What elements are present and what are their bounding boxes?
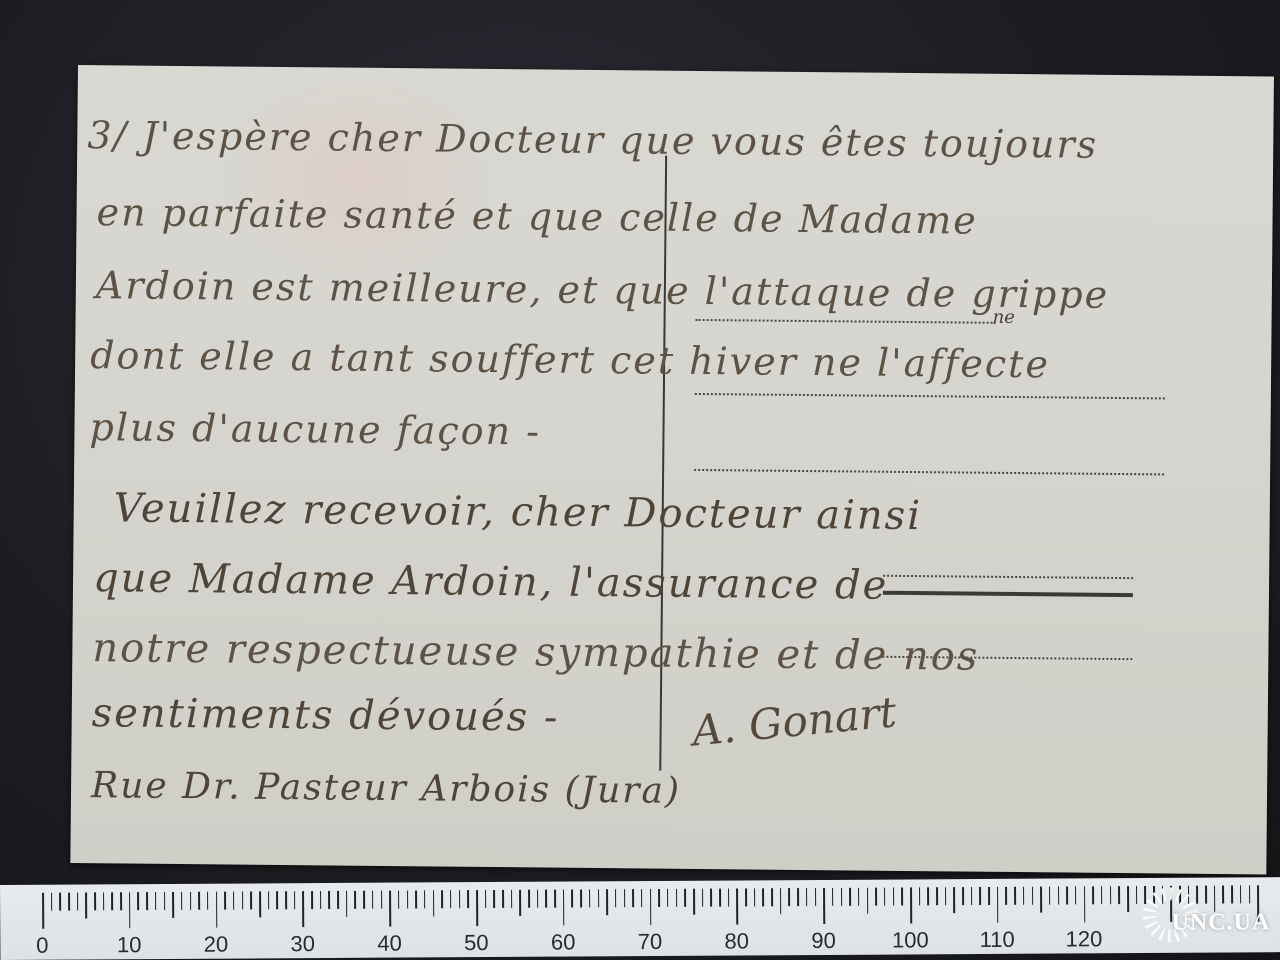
ruler-tick [554,890,556,908]
address-handwritten: Rue Dr. Pasteur Arbois (Jura) [91,765,681,812]
ruler-tick [346,891,348,917]
ruler-tick [762,888,764,906]
ruler-tick [285,891,287,909]
ruler-tick [545,890,547,908]
ruler-tick [381,891,383,909]
ruler-label: 70 [638,929,663,955]
ruler-tick [85,892,87,918]
ruler-tick [1240,885,1242,903]
address-line-1 [696,319,996,324]
ruler-tick [1075,886,1077,904]
ruler-tick [1136,886,1138,904]
ruler-tick [407,891,409,909]
ruler-tick [979,887,981,905]
paper-stain [216,66,498,289]
ruler-label: 90 [811,928,836,954]
ruler-tick [780,888,782,914]
letter-line-3: Ardoin est meilleure, et que l'attaque d… [96,263,1110,317]
watermark: UNC.UA [1172,909,1271,937]
ruler-tick [103,892,105,910]
ruler-tick [806,888,808,906]
ruler-label: 80 [724,928,749,954]
ruler-tick [198,892,200,910]
ruler-tick [337,891,339,909]
ruler-tick [719,889,721,907]
ruler-tick [658,889,660,907]
ruler-tick [294,891,296,909]
ruler-tick [441,890,443,908]
letter-line-5: plus d'aucune façon - [89,405,541,453]
ruler-tick [164,892,166,910]
ruler-tick [1049,887,1051,905]
address-line-4 [883,575,1133,579]
ruler-tick [372,891,374,909]
ruler-tick [676,889,678,907]
letter-line-2: en parfaite santé et que celle de Madame [96,190,978,242]
ruler-tick [328,891,330,909]
ruler-tick [355,891,357,909]
address-line-2 [695,393,1165,400]
ruler-tick [398,891,400,909]
ruler-tick [953,887,955,913]
ruler-tick [823,888,825,924]
ruler-tick [936,887,938,905]
ruler-tick [728,889,730,907]
ruler-tick [1032,887,1034,905]
ruler-tick [476,890,478,926]
ruler-tick [94,892,96,910]
ruler-tick [797,888,799,906]
ruler-tick [276,891,278,909]
ruler-tick [789,888,791,906]
ruler-tick [832,888,834,906]
ruler-tick [1196,886,1198,904]
ruler-tick [684,889,686,907]
measuring-ruler: 0102030405060708090100110120 UNC.UA [0,877,1280,960]
ruler-tick [606,889,608,915]
ruler-tick [1023,887,1025,905]
ruler-tick [893,888,895,906]
ruler-tick [207,892,209,910]
ruler-tick [59,893,61,911]
ruler-label: 10 [117,932,142,958]
ruler-tick [1058,887,1060,905]
ruler-tick [702,889,704,907]
ruler-tick [111,892,113,910]
ruler-tick [919,887,921,905]
ruler-tick [736,888,738,924]
ruler-tick [910,887,912,923]
ruler-tick [138,892,140,910]
letter-line-9: sentiments dévoués - [92,690,560,740]
ruler-tick [754,888,756,906]
ruler-tick [511,890,513,908]
ruler-tick [42,893,44,929]
ruler-tick [1249,885,1251,903]
ruler-tick [624,889,626,907]
address-divider-line [659,156,667,771]
ruler-tick [1222,886,1224,904]
ruler-tick [389,891,391,927]
ruler-tick [1040,887,1042,913]
letter-line-8: notre respectueuse sympathie et de nos [92,625,979,680]
ruler-tick [1110,886,1112,904]
ruler-tick [190,892,192,910]
ruler-tick [650,889,652,925]
ruler-tick [589,889,591,907]
ruler-tick [988,887,990,905]
ruler-label: 110 [980,927,1015,953]
ruler-tick [841,888,843,906]
ruler-label: 50 [464,930,489,956]
ruler-tick [598,889,600,907]
ruler-tick [259,891,261,917]
ruler-tick [927,887,929,905]
ruler-tick [997,887,999,923]
ruler-tick [268,891,270,909]
ruler-tick [242,892,244,910]
ruler-tick [250,891,252,909]
ruler-tick [1118,886,1120,904]
ruler-tick [1014,887,1016,905]
ruler-tick [363,891,365,909]
ruler-tick [1101,886,1103,904]
letter-line-1: 3/ J'espère cher Docteur que vous êtes t… [87,113,1098,167]
ruler-tick [233,892,235,910]
ruler-tick [615,889,617,907]
ruler-tick [1231,885,1233,903]
signature: A. Gonart [690,687,899,755]
ruler-tick [710,889,712,907]
ruler-tick [962,887,964,905]
ruler-tick [849,888,851,906]
ruler-tick [901,887,903,905]
ruler-tick [580,889,582,907]
ruler-tick [302,891,304,927]
ruler-tick [563,890,565,926]
ruler-tick [867,888,869,914]
ruler-tick [771,888,773,906]
ruler-tick [172,892,174,918]
ruler-tick [146,892,148,910]
ruler-tick [1214,886,1216,912]
ruler-label: 120 [1066,926,1103,952]
ruler-tick [485,890,487,908]
letter-line-7: que Madame Ardoin, l'assurance de [93,555,889,609]
ruler-tick [641,889,643,907]
ruler-tick [667,889,669,907]
ruler-tick [1205,886,1207,904]
ruler-tick [572,889,574,907]
ruler-tick [815,888,817,906]
ruler-tick [459,890,461,908]
ruler-tick [424,890,426,908]
ruler-tick [1127,886,1129,912]
ruler-tick [1066,886,1068,904]
ruler-tick [1005,887,1007,905]
ruler-tick [1092,886,1094,904]
ruler-tick [528,890,530,908]
ruler-label: 30 [290,931,315,957]
ruler-tick [77,893,79,911]
letter-line-4: dont elle a tant souffert cet hiver ne l… [90,333,1050,386]
ruler-tick [537,890,539,908]
ruler-tick [320,891,322,909]
ruler-tick [450,890,452,908]
ruler-tick [433,890,435,916]
ruler-tick [155,892,157,910]
ruler-tick [120,892,122,910]
address-line-3 [694,469,1164,476]
ruler-label: 0 [36,933,48,959]
ruler-tick [224,892,226,910]
ruler-tick [129,892,131,928]
ruler-tick [502,890,504,908]
ruler-tick [884,888,886,906]
ruler-tick [415,890,417,908]
ruler-tick [51,893,53,911]
inserted-correction: ne [993,307,1015,328]
ruler-tick [745,888,747,906]
ruler-tick [519,890,521,916]
ruler-tick [467,890,469,908]
ruler-tick [311,891,313,909]
postcard: 3/ J'espère cher Docteur que vous êtes t… [70,65,1274,874]
ruler-tick [875,888,877,906]
ruler-tick [181,892,183,910]
ruler-tick [1084,886,1086,922]
ruler-tick [945,887,947,905]
ruler-label: 100 [892,927,929,953]
ruler-tick [68,893,70,911]
ruler-tick [971,887,973,905]
ruler-tick [493,890,495,908]
ruler-ticks: 0102030405060708090100110120 [0,877,1280,885]
ruler-tick [693,889,695,915]
address-line-5 [883,591,1133,597]
ruler-label: 40 [377,931,402,957]
letter-line-6: Veuillez recevoir, cher Docteur ainsi [114,485,923,539]
ruler-tick [858,888,860,906]
ruler-tick [632,889,634,907]
ruler-tick [216,892,218,928]
ruler-label: 20 [204,932,229,958]
ruler-label: 60 [551,929,576,955]
